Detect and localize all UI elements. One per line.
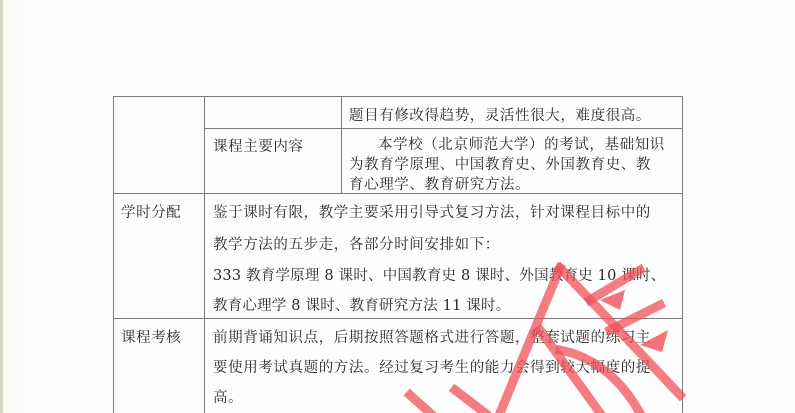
table-divider-subrow	[204, 128, 683, 129]
assessment-line: 高。	[213, 386, 243, 407]
main-content-line: 本学校（北京师范大学）的考试，基础知识	[378, 133, 665, 154]
main-content-label: 课程主要内容	[213, 135, 304, 156]
table-border-left	[113, 96, 114, 413]
table-divider-row	[113, 318, 683, 319]
time-allocation-label: 学时分配	[121, 201, 181, 222]
assessment-line: 前期背诵知识点，后期按照答题格式进行答题，整套试题的练习主	[213, 326, 651, 347]
assessment-line: 要使用考试真题的方法。经过复习考生的能力会得到较大幅度的提	[213, 356, 651, 377]
assessment-label: 课程考核	[121, 326, 181, 347]
page-margin	[3, 0, 23, 413]
time-allocation-line: 333 教育学原理 8 课时、中国教育史 8 课时、外国教育史 10 课时、	[213, 264, 665, 285]
table-divider-col-inner	[341, 96, 342, 193]
table-border-right	[682, 96, 683, 413]
time-allocation-line: 鉴于课时有限，教学主要采用引导式复习方法，针对课程目标中的	[213, 201, 651, 222]
time-allocation-line: 教学方法的五步走，各部分时间安排如下：	[213, 233, 500, 254]
course-goal-text: 题目有修改得趋势，灵活性很大，难度很高。	[349, 104, 651, 125]
main-content-line: 育心理学、教育研究方法。	[349, 173, 530, 194]
table-divider-col	[204, 96, 205, 413]
table-border-top	[113, 96, 683, 97]
main-content-line: 为教育学原理、中国教育史、外国教育史、教	[349, 153, 651, 174]
time-allocation-line: 教育心理学 8 课时、教育研究方法 11 课时。	[213, 294, 510, 315]
